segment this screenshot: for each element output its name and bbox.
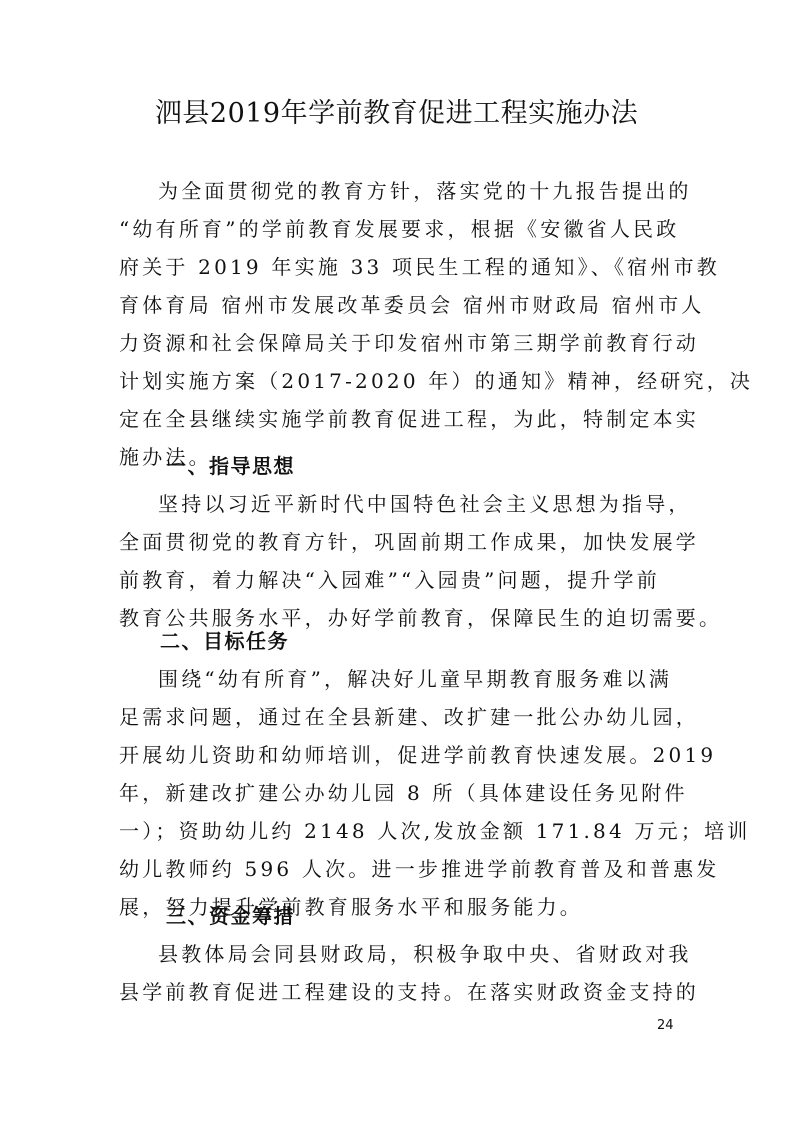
intro-line: 计划实施方案（2017-2020 年）的通知》精神，经研究，决 (119, 368, 679, 394)
section-line: 足需求问题，通过在全县新建、改扩建一批公办幼儿园， (119, 704, 679, 730)
page-number: 24 (657, 1018, 674, 1034)
section-line: 县学前教育促进工程建设的支持。在落实财政资金支持的 (119, 979, 679, 1005)
intro-line: “幼有所育”的学前教育发展要求，根据《安徽省人民政 (119, 216, 679, 242)
document-page: 泗县2019年学前教育促进工程实施办法 为全面贯彻党的教育方针，落实党的十九报告… (0, 0, 793, 1122)
intro-line: 定在全县继续实施学前教育促进工程，为此，特制定本实 (119, 406, 679, 432)
section-line: 幼儿教师约 596 人次。进一步推进学前教育普及和普惠发 (119, 856, 679, 882)
section-heading-guiding-ideology: 一、指导思想 (166, 453, 295, 479)
section-heading-funding: 三、资金筹措 (166, 903, 295, 929)
intro-line: 力资源和社会保障局关于印发宿州市第三期学前教育行动 (119, 330, 679, 356)
section-line: 全面贯彻党的教育方针，巩固前期工作成果，加快发展学 (119, 529, 679, 555)
section-line: 一）；资助幼儿约 2148 人次,发放金额 171.84 万元；培训 (119, 818, 679, 844)
intro-line: 府关于 2019 年实施 33 项民生工程的通知》、《宿州市教 (119, 254, 679, 280)
section-line: 县教体局会同县财政局，积极争取中央、省财政对我 (158, 941, 718, 967)
section-line: 围绕“幼有所育”，解决好儿童早期教育服务难以满 (158, 666, 718, 692)
document-title: 泗县2019年学前教育促进工程实施办法 (0, 96, 793, 132)
section-heading-goals-tasks: 二、目标任务 (160, 628, 289, 654)
section-line: 坚持以习近平新时代中国特色社会主义思想为指导， (158, 491, 718, 517)
intro-line: 为全面贯彻党的教育方针，落实党的十九报告提出的 (158, 178, 718, 204)
intro-line: 育体育局 宿州市发展改革委员会 宿州市财政局 宿州市人 (119, 292, 679, 318)
section-line: 开展幼儿资助和幼师培训，促进学前教育快速发展。2019 (119, 742, 679, 768)
section-line: 前教育，着力解决“入园难”“入园贵”问题，提升学前 (119, 567, 679, 593)
section-line: 年，新建改扩建公办幼儿园 8 所（具体建设任务见附件 (119, 780, 679, 806)
